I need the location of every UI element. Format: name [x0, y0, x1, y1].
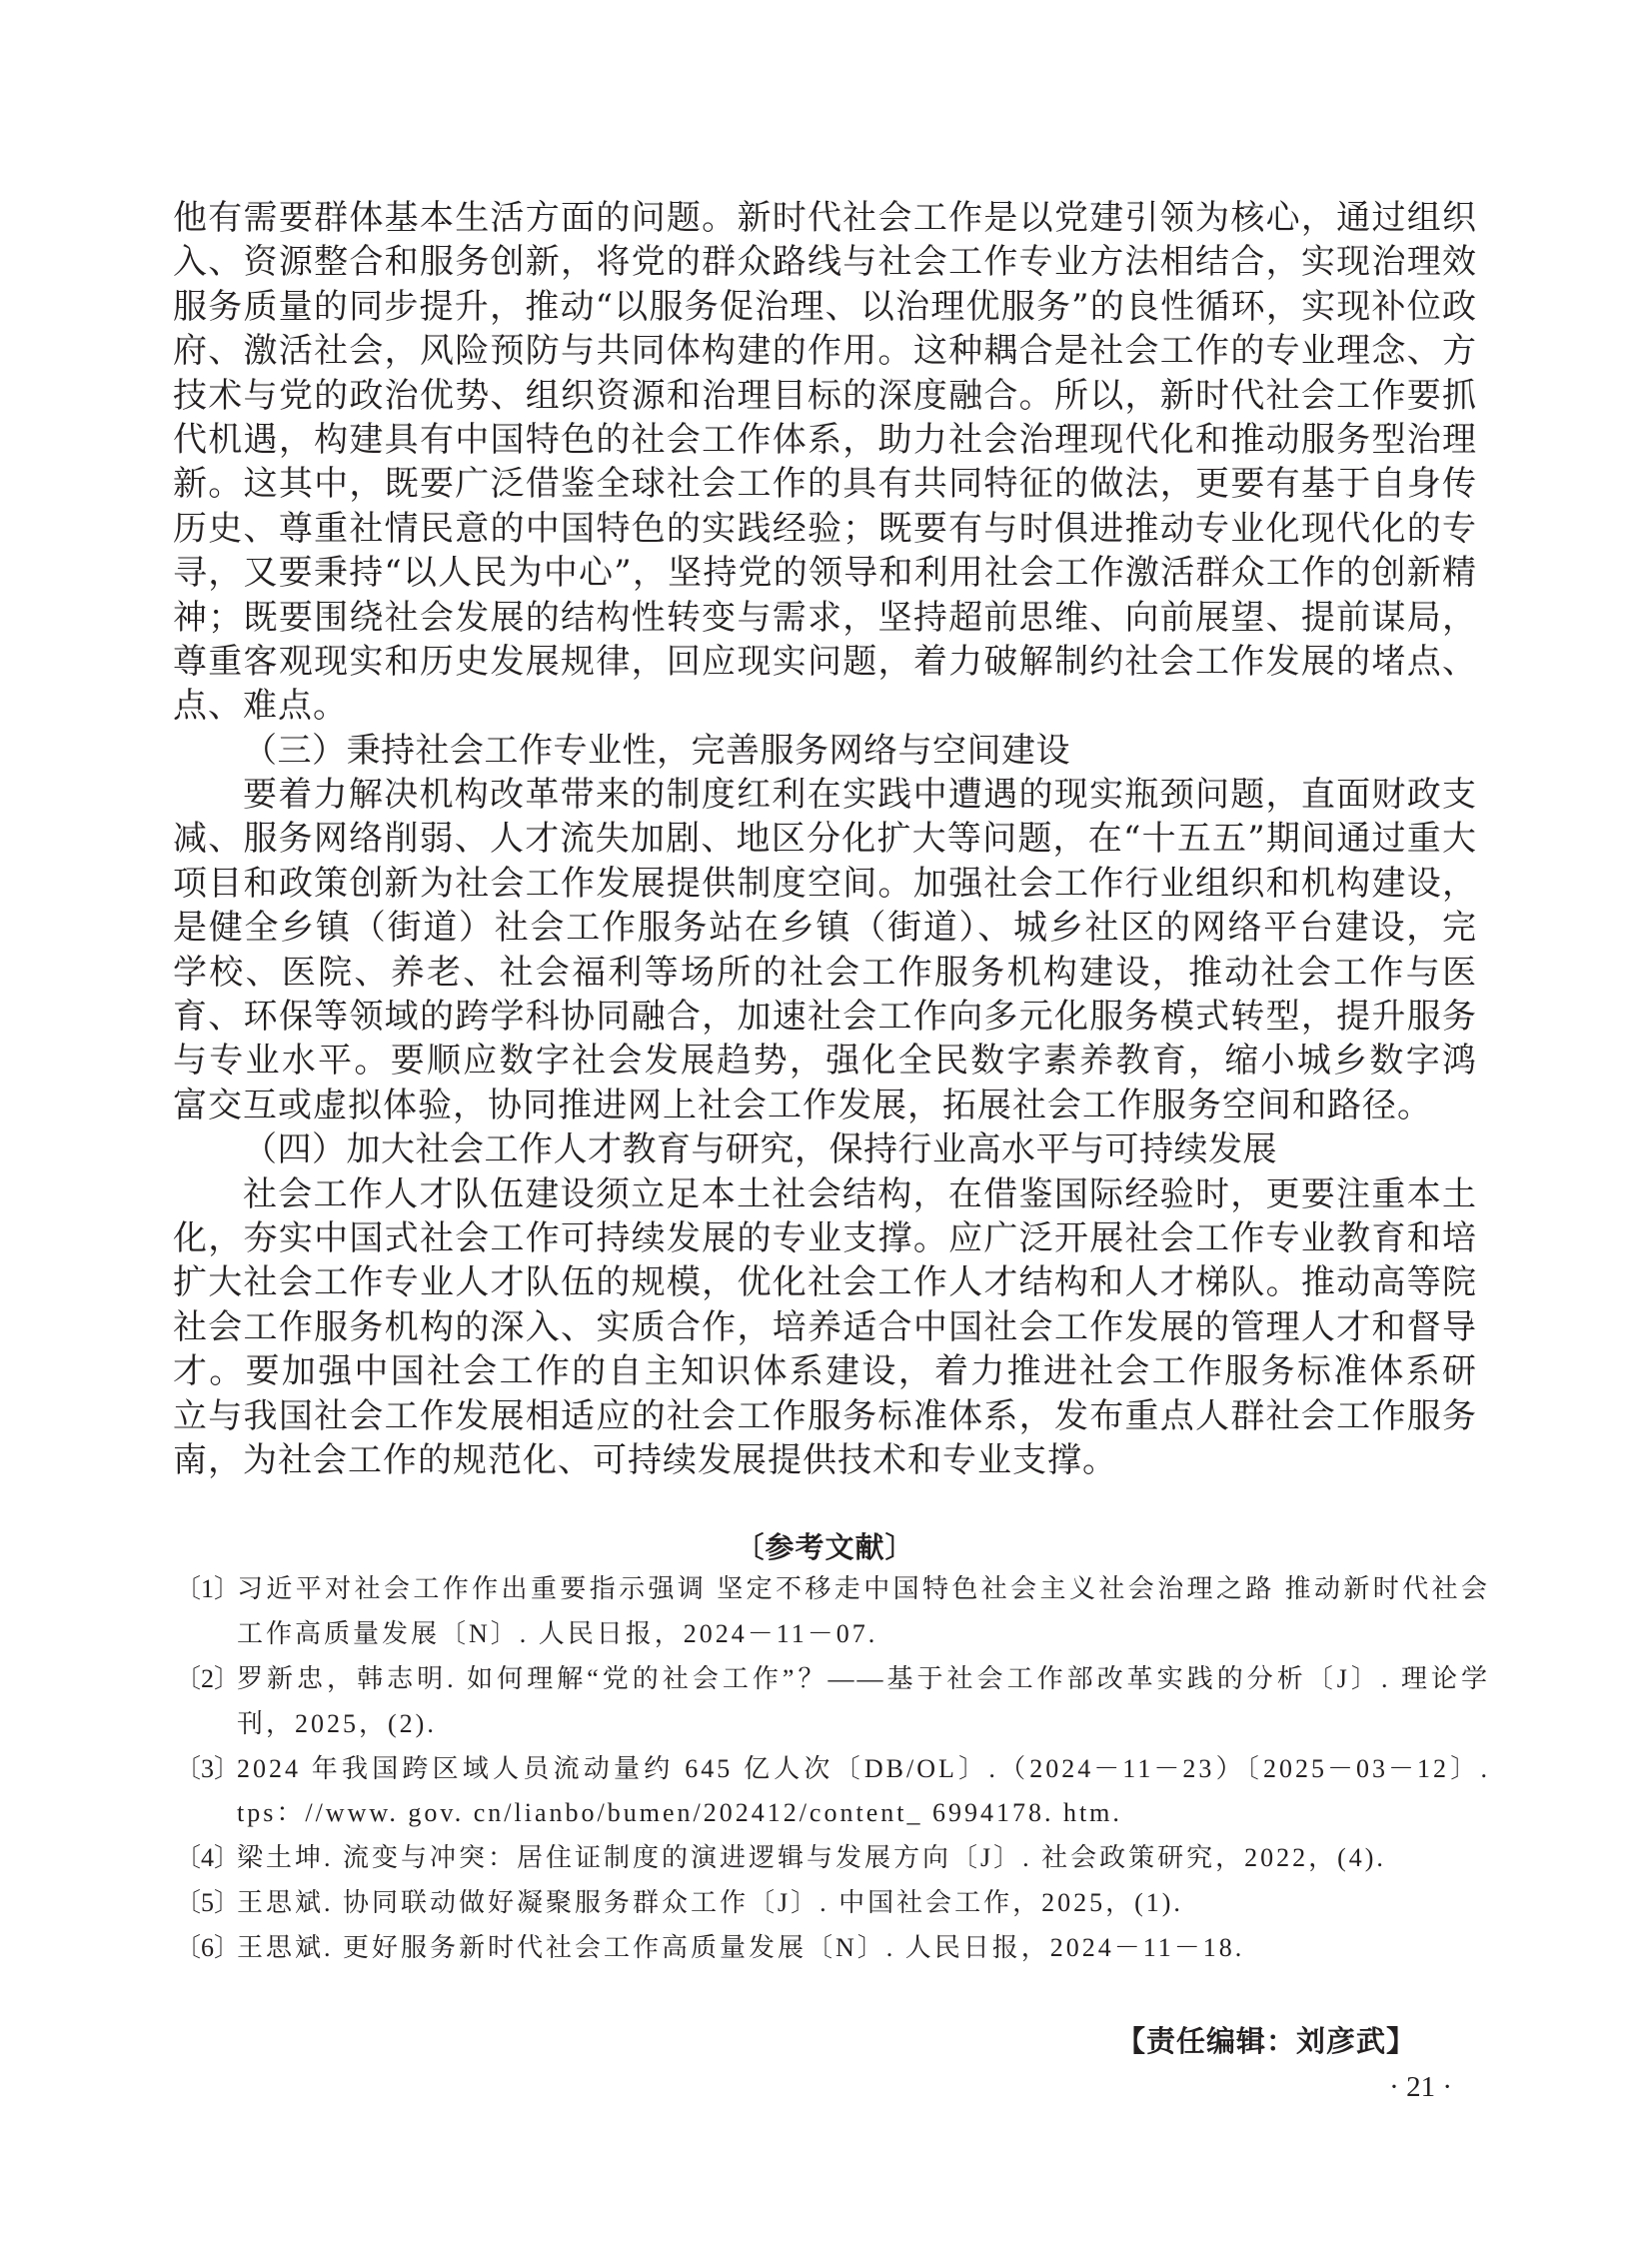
body-line: 技术与党的政治优势、组织资源和治理目标的深度融合。所以，新时代社会工作要抓住时 [173, 374, 1477, 418]
body-line: 与专业水平。要顺应数字社会发展趋势，强化全民数字素养教育，缩小城乡数字鸿沟，丰 [173, 1039, 1477, 1083]
body-line: 他有需要群体基本生活方面的问题。新时代社会工作是以党建引领为核心，通过组织嵌 [173, 196, 1477, 240]
paragraph: 他有需要群体基本生活方面的问题。新时代社会工作是以党建引领为核心，通过组织嵌 入… [173, 196, 1477, 729]
body-line: 育、环保等领域的跨学科协同融合，加速社会工作向多元化服务模式转型，提升服务深度 [173, 995, 1477, 1039]
reference-line: 工作高质量发展〔N〕. 人民日报，2024－11－07. [237, 1612, 1490, 1657]
reference-line: 罗新忠，韩志明. 如何理解“党的社会工作”？——基于社会工作部改革实践的分析〔J… [237, 1657, 1490, 1702]
responsible-editor: 【责任编辑：刘彦武】 [1116, 2021, 1416, 2061]
body-line: 社会工作人才队伍建设须立足本土社会结构，在借鉴国际经验时，更要注重本土转 [243, 1172, 1477, 1216]
reference-line: 王思斌. 更好服务新时代社会工作高质量发展〔N〕. 人民日报，2024－11－1… [237, 1926, 1490, 1971]
references-list: 〔1〕 习近平对社会工作作出重要指示强调 坚定不移走中国特色社会主义社会治理之路… [173, 1567, 1492, 1971]
reference-line: 刊，2025，(2). [237, 1702, 1490, 1747]
reference-item: 〔1〕 习近平对社会工作作出重要指示强调 坚定不移走中国特色社会主义社会治理之路… [173, 1567, 1492, 1657]
body-line: 南，为社会工作的规范化、可持续发展提供技术和专业支撑。 [173, 1438, 1477, 1482]
reference-label: 〔2〕 [175, 1657, 237, 1702]
body-line: 项目和政策创新为社会工作发展提供制度空间。加强社会工作行业组织和机构建设，特别 [173, 862, 1477, 906]
reference-label: 〔1〕 [175, 1567, 237, 1612]
reference-item: 〔2〕 罗新忠，韩志明. 如何理解“党的社会工作”？——基于社会工作部改革实践的… [173, 1657, 1492, 1747]
paragraph: 要着力解决机构改革带来的制度红利在实践中遭遇的现实瓶颈问题，直面财政支持缩 减、… [173, 773, 1477, 1127]
body-line: 社会工作服务机构的深入、实质合作，培养适合中国社会工作发展的管理人才和督导人 [173, 1305, 1477, 1349]
section-heading-3: （三）秉持社会工作专业性，完善服务网络与空间建设 [243, 729, 1477, 773]
body-line: 历史、尊重社情民意的中国特色的实践经验；既要有与时俱进推动专业化现代化的专业追 [173, 507, 1477, 551]
body-line: 服务质量的同步提升，推动“以服务促治理、以治理优服务”的良性循环，实现补位政 [173, 285, 1477, 329]
page-number: · 21 · [1389, 2069, 1452, 2105]
document-page: 他有需要群体基本生活方面的问题。新时代社会工作是以党建引领为核心，通过组织嵌 入… [0, 0, 1652, 2243]
body-line: 代机遇，构建具有中国特色的社会工作体系，助力社会治理现代化和推动服务型治理创 [173, 418, 1477, 462]
body-line: 点、难点。 [173, 684, 1477, 728]
body-line: 化，夯实中国式社会工作可持续发展的专业支撑。应广泛开展社会工作专业教育和培训， [173, 1216, 1477, 1260]
body-line: 扩大社会工作专业人才队伍的规模，优化社会工作人才结构和人才梯队。推动高等院校与 [173, 1260, 1477, 1304]
reference-line: tps：//www. gov. cn/lianbo/bumen/202412/c… [237, 1791, 1490, 1836]
body-line: 学校、医院、养老、社会福利等场所的社会工作服务机构建设，推动社会工作与医疗、教 [173, 951, 1477, 995]
body-line: 入、资源整合和服务创新，将党的群众路线与社会工作专业方法相结合，实现治理效能与 [173, 240, 1477, 284]
reference-item: 〔4〕 梁土坤. 流变与冲突：居住证制度的演进逻辑与发展方向〔J〕. 社会政策研… [173, 1836, 1492, 1881]
body-line: 神；既要围绕社会发展的结构性转变与需求，坚持超前思维、向前展望、提前谋局，又要 [173, 596, 1477, 640]
reference-label: 〔3〕 [175, 1747, 237, 1792]
reference-item: 〔6〕 王思斌. 更好服务新时代社会工作高质量发展〔N〕. 人民日报，2024－… [173, 1926, 1492, 1971]
body-line: 富交互或虚拟体验，协同推进网上社会工作发展，拓展社会工作服务空间和路径。 [173, 1084, 1477, 1127]
reference-label: 〔4〕 [175, 1836, 237, 1881]
reference-item: 〔5〕 王思斌. 协同联动做好凝聚服务群众工作〔J〕. 中国社会工作，2025，… [173, 1881, 1492, 1926]
paragraph: 社会工作人才队伍建设须立足本土社会结构，在借鉴国际经验时，更要注重本土转 化，夯… [173, 1172, 1477, 1483]
body-line: 尊重客观现实和历史发展规律，回应现实问题，着力破解制约社会工作发展的堵点、痛 [173, 640, 1477, 684]
section-heading-4: （四）加大社会工作人才教育与研究，保持行业高水平与可持续发展 [243, 1127, 1477, 1171]
body-line: 立与我国社会工作发展相适应的社会工作服务标准体系，发布重点人群社会工作服务指 [173, 1394, 1477, 1438]
body-line: 减、服务网络削弱、人才流失加剧、地区分化扩大等问题，在“十五五”期间通过重大 [173, 817, 1477, 861]
body-line: 是健全乡镇（街道）社会工作服务站在乡镇（街道）、城乡社区的网络平台建设，完善在 [173, 906, 1477, 950]
body-line: 府、激活社会，风险预防与共同体构建的作用。这种耦合是社会工作的专业理念、方法和 [173, 329, 1477, 373]
reference-line: 2024 年我国跨区域人员流动量约 645 亿人次〔DB/OL〕.（2024－1… [237, 1747, 1490, 1792]
body-line: 才。要加强中国社会工作的自主知识体系建设，着力推进社会工作服务标准体系研究，建 [173, 1349, 1477, 1393]
body-line: 寻，又要秉持“以人民为中心”，坚持党的领导和利用社会工作激活群众工作的创新精 [173, 551, 1477, 595]
body-line: 新。这其中，既要广泛借鉴全球社会工作的具有共同特征的做法，更要有基于自身传统和 [173, 462, 1477, 506]
body-line: 要着力解决机构改革带来的制度红利在实践中遭遇的现实瓶颈问题，直面财政支持缩 [243, 773, 1477, 817]
references-title: 〔参考文献〕 [173, 1527, 1477, 1567]
body-text: 他有需要群体基本生活方面的问题。新时代社会工作是以党建引领为核心，通过组织嵌 入… [173, 196, 1477, 1482]
reference-label: 〔6〕 [175, 1926, 237, 1971]
reference-label: 〔5〕 [175, 1881, 237, 1926]
reference-line: 习近平对社会工作作出重要指示强调 坚定不移走中国特色社会主义社会治理之路 推动新… [237, 1567, 1490, 1612]
reference-line: 王思斌. 协同联动做好凝聚服务群众工作〔J〕. 中国社会工作，2025，(1). [237, 1881, 1490, 1926]
reference-line: 梁土坤. 流变与冲突：居住证制度的演进逻辑与发展方向〔J〕. 社会政策研究，20… [237, 1836, 1490, 1881]
reference-item: 〔3〕 2024 年我国跨区域人员流动量约 645 亿人次〔DB/OL〕.（20… [173, 1747, 1492, 1837]
